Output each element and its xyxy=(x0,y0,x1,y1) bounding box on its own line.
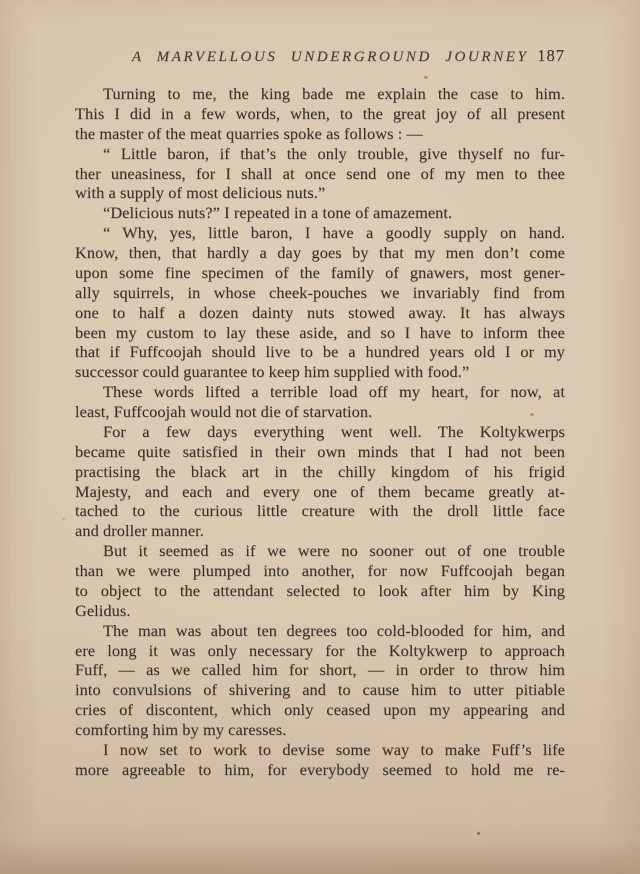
text-line: successor could guarantee to keep him su… xyxy=(75,362,565,382)
paragraph: For a few days everything went well. The… xyxy=(75,422,565,541)
text-line: into convulsions of shivering and to cau… xyxy=(75,680,565,700)
paragraph: “Delicious nuts?” I repeated in a tone o… xyxy=(75,203,565,223)
text-line: Know, then, that hardly a day goes by th… xyxy=(75,243,565,263)
paragraph: “ Why, yes, little baron, I have a goodl… xyxy=(75,223,565,382)
text-line: “ Why, yes, little baron, I have a goodl… xyxy=(75,223,565,243)
text-line: ally squirrels, in whose cheek-pouches w… xyxy=(75,283,565,303)
text-line: ther uneasiness, for I shall at once sen… xyxy=(75,164,565,184)
text-line: cries of discontent, which only ceased u… xyxy=(75,700,565,720)
text-line: became quite satisfied in their own mind… xyxy=(75,442,565,462)
text-line: These words lifted a terrible load off m… xyxy=(75,382,565,402)
text-line: Gelidus. xyxy=(75,601,565,621)
text-line: But it seemed as if we were no sooner ou… xyxy=(75,541,565,561)
text-line: the master of the meat quarries spoke as… xyxy=(75,124,565,144)
page-number: 187 xyxy=(537,46,565,66)
text-line: one to half a dozen dainty nuts stowed a… xyxy=(75,303,565,323)
text-line: practising the black art in the chilly k… xyxy=(75,462,565,482)
paper-speck xyxy=(477,832,480,835)
text-line: with a supply of most delicious nuts.” xyxy=(75,183,565,203)
paper-speck xyxy=(62,518,65,520)
text-line: comforting him by my caresses. xyxy=(75,720,565,740)
text-line: that if Fuffcoojah should live to be a h… xyxy=(75,342,565,362)
text-line: tached to the curious little creature wi… xyxy=(75,501,565,521)
text-line: The man was about ten degrees too cold-b… xyxy=(75,621,565,641)
text-line: “Delicious nuts?” I repeated in a tone o… xyxy=(75,203,565,223)
text-line: For a few days everything went well. The… xyxy=(75,422,565,442)
paragraph: These words lifted a terrible load off m… xyxy=(75,382,565,422)
text-line: This I did in a few words, when, to the … xyxy=(75,104,565,124)
text-line: “ Little baron, if that’s the only troub… xyxy=(75,144,565,164)
paragraph: “ Little baron, if that’s the only troub… xyxy=(75,144,565,204)
text-line: than we were plumped into another, for n… xyxy=(75,561,565,581)
text-line: Fuff, — as we called him for short, — in… xyxy=(75,660,565,680)
text-line: Majesty, and each and every one of them … xyxy=(75,482,565,502)
book-page: A MARVELLOUS UNDERGROUND JOURNEY 187 Tur… xyxy=(0,0,640,874)
paragraph: The man was about ten degrees too cold-b… xyxy=(75,621,565,740)
paragraph: But it seemed as if we were no sooner ou… xyxy=(75,541,565,621)
text-line: been my custom to lay these aside, and s… xyxy=(75,323,565,343)
paper-speck xyxy=(424,76,428,79)
text-line: ere long it was only necessary for the K… xyxy=(75,641,565,661)
text-line: upon some fine specimen of the family of… xyxy=(75,263,565,283)
page-body: Turning to me, the king bade me explain … xyxy=(75,84,565,780)
page-header: A MARVELLOUS UNDERGROUND JOURNEY 187 xyxy=(75,46,565,66)
text-line: I now set to work to devise some way to … xyxy=(75,740,565,760)
text-line: to object to the attendant selected to l… xyxy=(75,581,565,601)
running-title: A MARVELLOUS UNDERGROUND JOURNEY xyxy=(75,49,537,66)
paragraph: I now set to work to devise some way to … xyxy=(75,740,565,780)
text-line: least, Fuffcoojah would not die of starv… xyxy=(75,402,565,422)
paragraph: Turning to me, the king bade me explain … xyxy=(75,84,565,144)
text-line: and droller manner. xyxy=(75,521,565,541)
text-line: Turning to me, the king bade me explain … xyxy=(75,84,565,104)
text-line: more agreeable to him, for everybody see… xyxy=(75,760,565,780)
